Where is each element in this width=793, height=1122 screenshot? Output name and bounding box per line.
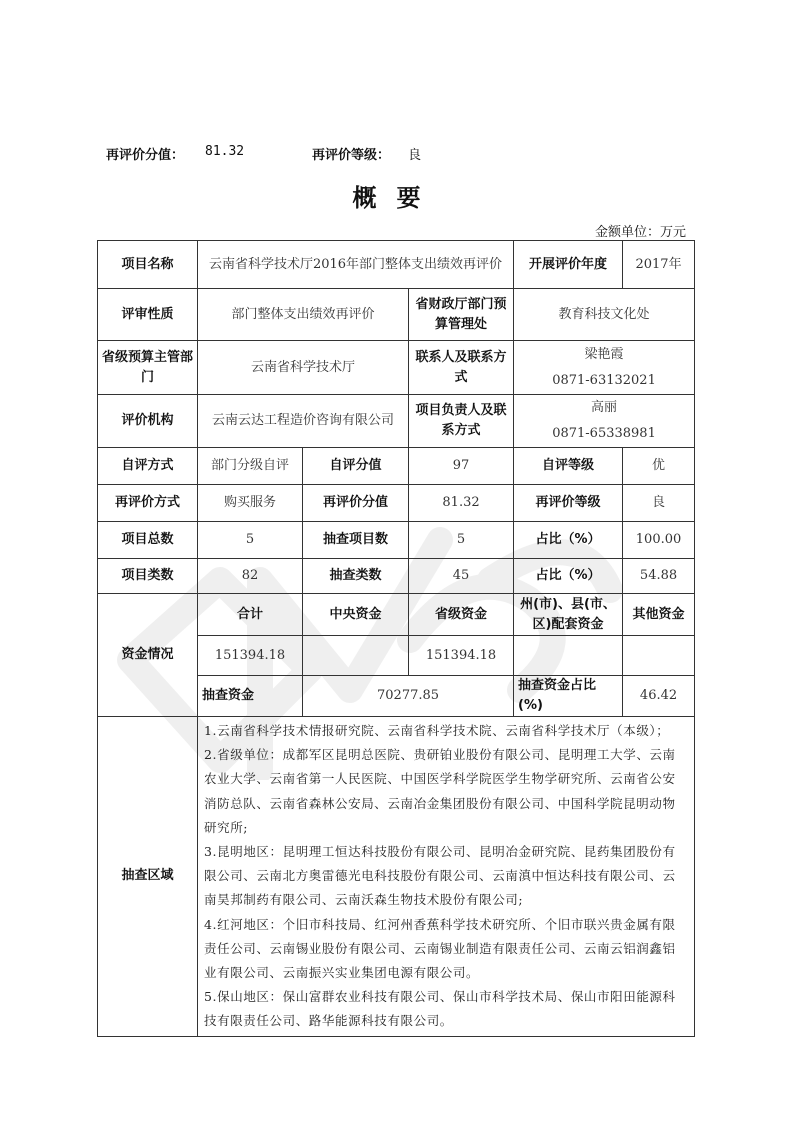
- leader-name: 高丽: [518, 395, 690, 421]
- budget-dept-label: 省级预算主管部门: [98, 341, 198, 395]
- region-list: 1.云南省科学技术情报研究院、云南省科学技术院、云南省科学技术厅（本级）； 2.…: [198, 717, 695, 1037]
- re-method-label: 再评价方式: [98, 485, 198, 522]
- regrade-label: 再评价等级：: [312, 144, 390, 163]
- self-grade-value: 优: [623, 448, 695, 485]
- leader-phone: 0871-65338981: [518, 421, 690, 447]
- funds-provincial-value: 151394.18: [409, 636, 514, 676]
- re-score-label: 再评价分值: [303, 485, 409, 522]
- rescore-label: 再评价分值：: [106, 144, 184, 163]
- row-self-eval: 自评方式 部门分级自评 自评分值 97 自评等级 优: [98, 448, 695, 485]
- funds-header-central: 中央资金: [303, 594, 409, 636]
- self-method-label: 自评方式: [98, 448, 198, 485]
- re-method-value: 购买服务: [198, 485, 303, 522]
- row-review-nature: 评审性质 部门整体支出绩效再评价 省财政厅部门预算管理处 教育科技文化处: [98, 289, 695, 341]
- funds-header-local: 州(市)、县(市、区)配套资金: [514, 594, 623, 636]
- row-project-types: 项目类数 82 抽查类数 45 占比（%） 54.88: [98, 559, 695, 594]
- project-types-label: 项目类数: [98, 559, 198, 594]
- sampled-funds-value: 70277.85: [303, 676, 514, 717]
- region-item: 3.昆明地区：昆明理工恒达科技股份有限公司、昆明冶金研究院、昆药集团股份有限公司…: [204, 840, 688, 913]
- funds-total-value: 151394.18: [198, 636, 303, 676]
- region-item: 2.省级单位：成都军区昆明总医院、贵研铂业股份有限公司、昆明理工大学、云南农业大…: [204, 743, 688, 840]
- finance-dept-label: 省财政厅部门预算管理处: [409, 289, 514, 341]
- row-funds-headers: 资金情况 合计 中央资金 省级资金 州(市)、县(市、区)配套资金 其他资金: [98, 594, 695, 636]
- row-eval-org: 评价机构 云南云达工程造价咨询有限公司 项目负责人及联系方式 高丽 0871-6…: [98, 395, 695, 448]
- contact-value: 梁艳霞 0871-63132021: [514, 341, 695, 395]
- finance-dept-value: 教育科技文化处: [514, 289, 695, 341]
- eval-org-label: 评价机构: [98, 395, 198, 448]
- funds-local-value: [514, 636, 623, 676]
- summary-table: 项目名称 云南省科学技术厅2016年部门整体支出绩效再评价 开展评价年度 201…: [97, 240, 695, 1037]
- contact-label: 联系人及联系方式: [409, 341, 514, 395]
- rescore-value: 81.32: [205, 144, 244, 159]
- total-projects-label: 项目总数: [98, 522, 198, 559]
- project-name-label: 项目名称: [98, 241, 198, 289]
- self-score-label: 自评分值: [303, 448, 409, 485]
- row-project-count: 项目总数 5 抽查项目数 5 占比（%） 100.00: [98, 522, 695, 559]
- leader-value: 高丽 0871-65338981: [514, 395, 695, 448]
- self-grade-label: 自评等级: [514, 448, 623, 485]
- sampled-types-value: 45: [409, 559, 514, 594]
- contact-name: 梁艳霞: [518, 342, 690, 368]
- funds-header-total: 合计: [198, 594, 303, 636]
- ratio1-label: 占比（%）: [514, 522, 623, 559]
- sampled-funds-ratio-label: 抽查资金占比(%): [514, 676, 623, 717]
- row-re-eval: 再评价方式 购买服务 再评价分值 81.32 再评价等级 良: [98, 485, 695, 522]
- eval-org-value: 云南云达工程造价咨询有限公司: [198, 395, 409, 448]
- region-item: 4.红河地区：个旧市科技局、红河州香蕉科学技术研究所、个旧市联兴贵金属有限责任公…: [204, 913, 688, 986]
- re-grade-value: 良: [623, 485, 695, 522]
- self-method-value: 部门分级自评: [198, 448, 303, 485]
- region-item: 5.保山地区：保山富群农业科技有限公司、保山市科学技术局、保山市阳田能源科技有限…: [204, 985, 688, 1033]
- ratio1-value: 100.00: [623, 522, 695, 559]
- contact-phone: 0871-63132021: [518, 368, 690, 394]
- re-score-value: 81.32: [409, 485, 514, 522]
- region-item: 1.云南省科学技术情报研究院、云南省科学技术院、云南省科学技术厅（本级）；: [204, 719, 688, 743]
- ratio2-value: 54.88: [623, 559, 695, 594]
- total-projects-value: 5: [198, 522, 303, 559]
- row-region: 抽查区域 1.云南省科学技术情报研究院、云南省科学技术院、云南省科学技术厅（本级…: [98, 717, 695, 1037]
- page-title: 概要: [0, 178, 793, 213]
- sampled-types-label: 抽查类数: [303, 559, 409, 594]
- funds-label: 资金情况: [98, 594, 198, 717]
- region-label: 抽查区域: [98, 717, 198, 1037]
- amount-unit: 金额单位：万元: [595, 221, 686, 240]
- sampled-funds-label: 抽查资金: [198, 676, 303, 717]
- row-budget-dept: 省级预算主管部门 云南省科学技术厅 联系人及联系方式 梁艳霞 0871-6313…: [98, 341, 695, 395]
- regrade-value: 良: [408, 144, 421, 163]
- project-name-value: 云南省科学技术厅2016年部门整体支出绩效再评价: [198, 241, 514, 289]
- row-project-name: 项目名称 云南省科学技术厅2016年部门整体支出绩效再评价 开展评价年度 201…: [98, 241, 695, 289]
- sampled-projects-label: 抽查项目数: [303, 522, 409, 559]
- funds-other-value: [623, 636, 695, 676]
- budget-dept-value: 云南省科学技术厅: [198, 341, 409, 395]
- sampled-projects-value: 5: [409, 522, 514, 559]
- ratio2-label: 占比（%）: [514, 559, 623, 594]
- re-grade-label: 再评价等级: [514, 485, 623, 522]
- funds-header-other: 其他资金: [623, 594, 695, 636]
- project-types-value: 82: [198, 559, 303, 594]
- eval-year-label: 开展评价年度: [514, 241, 623, 289]
- eval-year-value: 2017年: [623, 241, 695, 289]
- review-nature-label: 评审性质: [98, 289, 198, 341]
- self-score-value: 97: [409, 448, 514, 485]
- sampled-funds-ratio-value: 46.42: [623, 676, 695, 717]
- leader-label: 项目负责人及联系方式: [409, 395, 514, 448]
- funds-header-provincial: 省级资金: [409, 594, 514, 636]
- funds-central-value: [303, 636, 409, 676]
- review-nature-value: 部门整体支出绩效再评价: [198, 289, 409, 341]
